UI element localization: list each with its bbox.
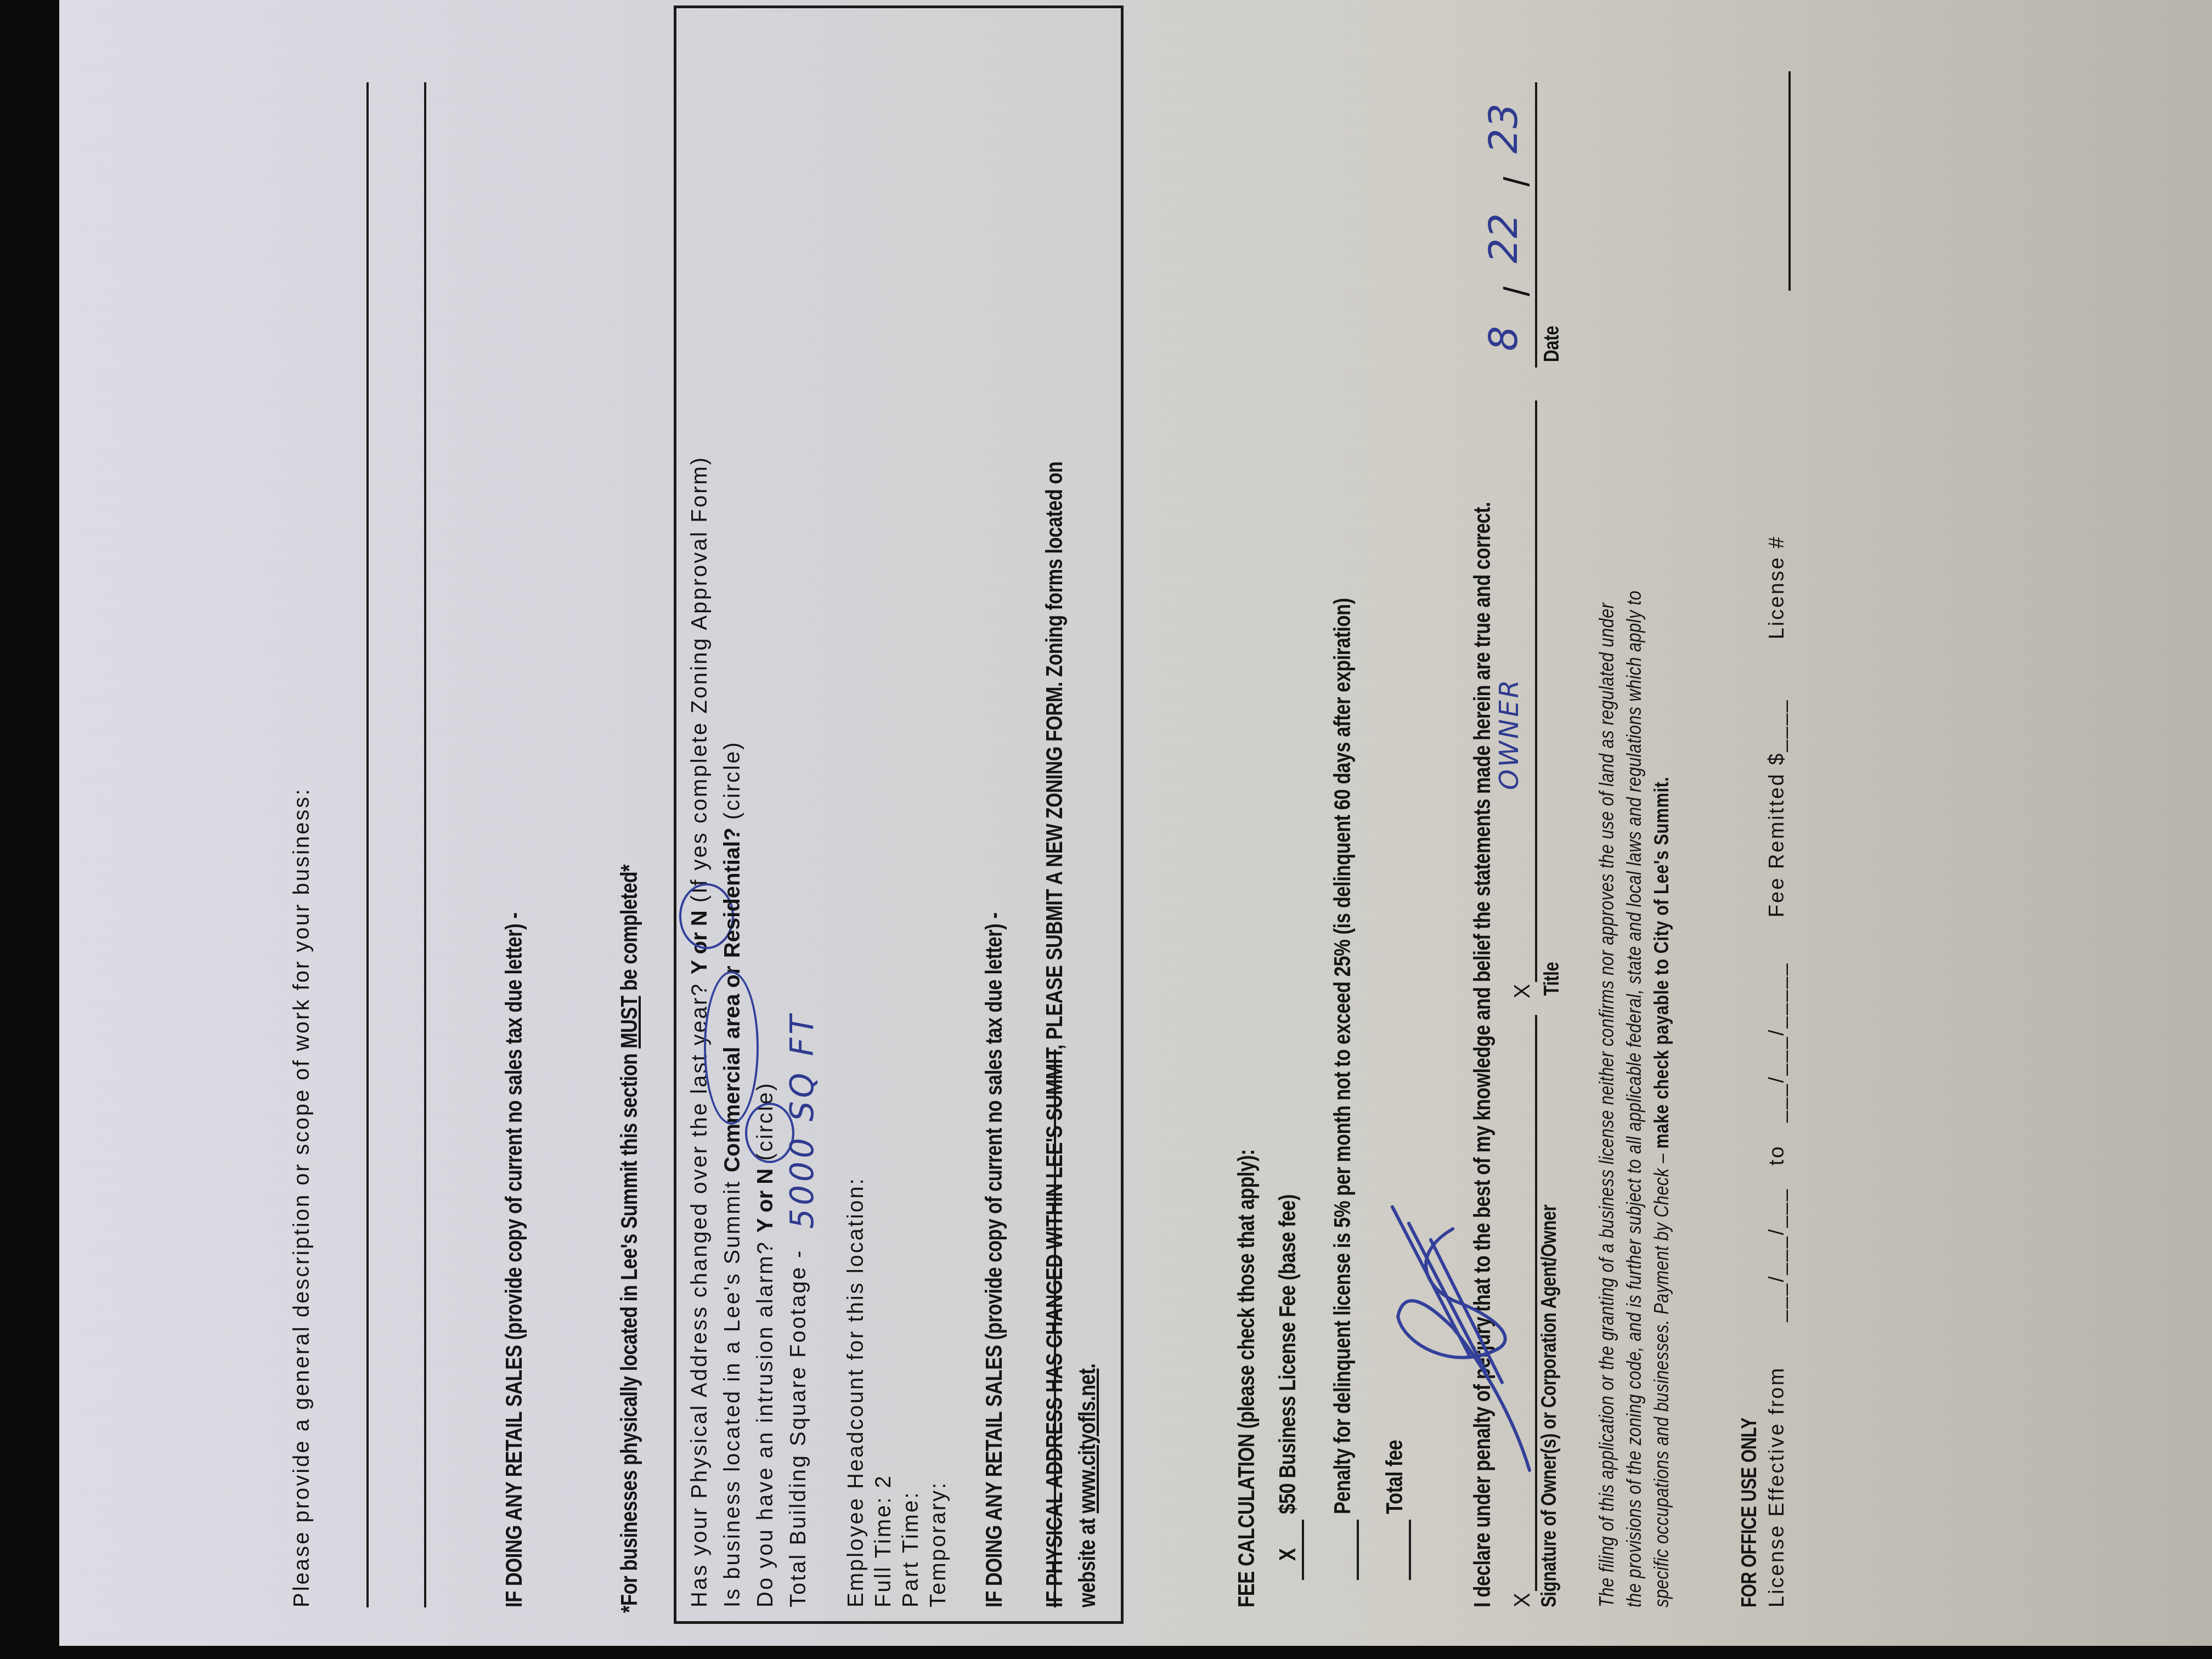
date-sep-1: /	[1497, 286, 1537, 296]
disclaimer-line-3: specific occupations and businesses. Pay…	[1650, 777, 1673, 1607]
physical-section-heading: *For businesses physically located in Le…	[616, 865, 642, 1613]
retail-sales-heading-2: IF DOING ANY RETAIL SALES (provide copy …	[981, 912, 1007, 1607]
zoning-notice: IF PHYSICAL ADDRESS HAS CHANGED WITHIN L…	[1041, 461, 1068, 1607]
full-time-value[interactable]: 2	[871, 1474, 895, 1488]
date-line[interactable]	[1535, 82, 1537, 368]
alarm-yn-options[interactable]: Y or N	[753, 1169, 777, 1233]
title-label: Title	[1541, 962, 1564, 996]
square-footage-value[interactable]: 5000 SQ FT	[783, 1012, 821, 1229]
title-line[interactable]	[1535, 400, 1537, 982]
circle-mark-commercial	[704, 971, 759, 1125]
q-zone: Is business located in a Lee's Summit Co…	[720, 741, 745, 1607]
form-page: Please provide a general description or …	[59, 0, 2212, 1646]
fee-calc-heading: FEE CALCULATION (please check those that…	[1233, 1149, 1260, 1607]
fee-check-line-2[interactable]	[1357, 1520, 1359, 1580]
fee-remitted-field[interactable]: ____	[1765, 699, 1788, 752]
fee-check-mark-1: X	[1274, 1548, 1301, 1561]
date-month[interactable]: 8	[1480, 326, 1526, 351]
square-footage: Total Building Square Footage -	[786, 1249, 811, 1607]
fee-item-penalty: Penalty for delinquent license is 5% per…	[1329, 598, 1356, 1514]
title-value[interactable]: OWNER	[1494, 678, 1525, 790]
headcount-label: Employee Headcount for this location:	[844, 1177, 868, 1607]
office-use-heading: FOR OFFICE USE ONLY	[1738, 1418, 1762, 1607]
signature-scribble	[1387, 1196, 1546, 1481]
full-time: Full Time: 2	[871, 1474, 896, 1607]
retail-sales-heading-1: IF DOING ANY RETAIL SALES (provide copy …	[501, 912, 527, 1607]
license-number-line[interactable]	[1788, 71, 1791, 291]
signature-label: Signature of Owner(s) or Corporation Age…	[1538, 1205, 1561, 1607]
part-time: Part Time:	[899, 1491, 923, 1607]
date-sep-2: /	[1497, 177, 1537, 187]
zone-residential-option[interactable]: Residential?	[720, 827, 744, 958]
disclaimer-line-1: The filing of this application or the gr…	[1595, 602, 1618, 1607]
scope-line-2[interactable]	[424, 82, 426, 1607]
signature-x: X	[1510, 1593, 1535, 1607]
effective-to-field[interactable]: ___/___/_____	[1765, 962, 1788, 1123]
date-year[interactable]: 23	[1480, 103, 1526, 154]
temporary: Temporary:	[926, 1481, 951, 1607]
cityofls-link[interactable]: www.cityofls.net	[1074, 1369, 1100, 1514]
fee-check-line-3[interactable]	[1409, 1520, 1411, 1580]
date-label: Date	[1541, 326, 1564, 362]
fee-check-line-1[interactable]	[1302, 1520, 1304, 1580]
scope-prompt: Please provide a general description or …	[290, 788, 314, 1607]
zoning-notice-line2: website at www.cityofls.net.	[1074, 1363, 1101, 1607]
disclaimer-line-2: the provisions of the zoning code, and i…	[1623, 590, 1646, 1607]
scope-line-1[interactable]	[366, 82, 369, 1607]
title-x: X	[1510, 984, 1535, 998]
date-day[interactable]: 22	[1480, 213, 1526, 263]
fee-item-base: $50 Business License Fee (base fee)	[1274, 1194, 1301, 1514]
office-use-row: License Effective from ___/___/___ to __…	[1765, 535, 1789, 1607]
effective-from-field[interactable]: ___/___/___	[1765, 1188, 1788, 1322]
